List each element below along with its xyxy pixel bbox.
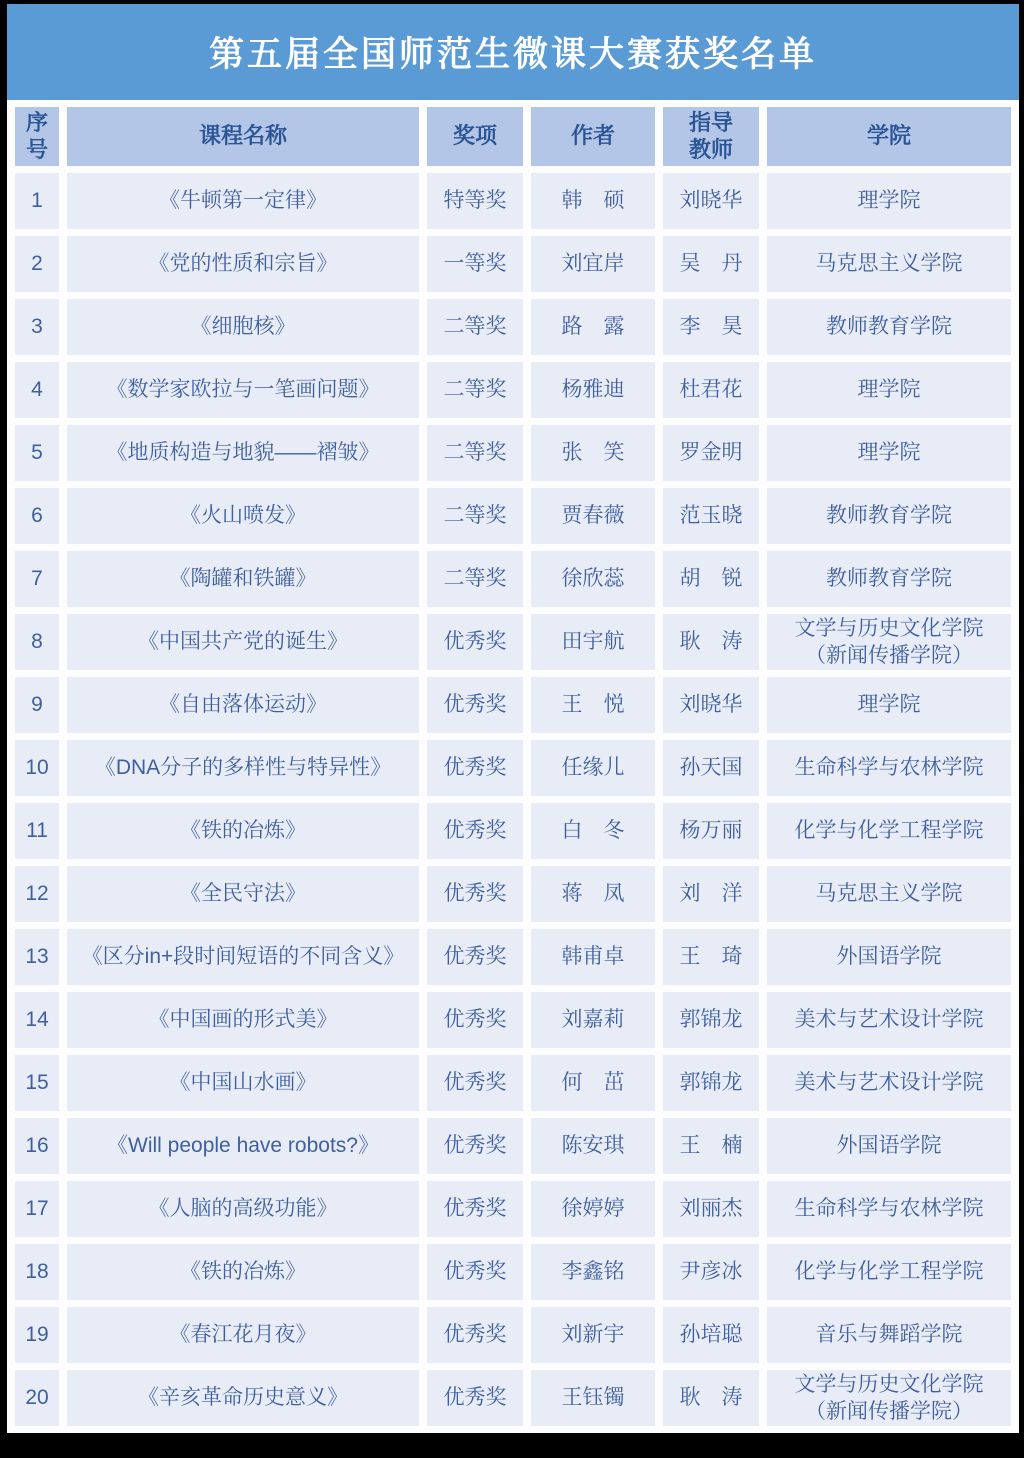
college-cell: 外国语学院 [767, 929, 1011, 985]
author-cell: 杨雅迪 [531, 362, 655, 418]
table-row: 4 《数学家欧拉与一笔画问题》 二等奖 杨雅迪 杜君花 理学院 [15, 362, 1011, 418]
college-cell: 音乐与舞蹈学院 [767, 1307, 1011, 1363]
college-cell: 外国语学院 [767, 1118, 1011, 1174]
col-header-college: 学院 [767, 107, 1011, 166]
author-cell: 蒋 凤 [531, 866, 655, 922]
advisor-cell: 李 昊 [663, 299, 759, 355]
row-number-cell: 11 [15, 803, 59, 859]
advisor-cell: 孙天国 [663, 740, 759, 796]
college-cell: 理学院 [767, 173, 1011, 229]
advisor-cell: 郭锦龙 [663, 992, 759, 1048]
course-name-cell: 《自由落体运动》 [67, 677, 419, 733]
table-row: 16 《Will people have robots?》 优秀奖 陈安琪 王 … [15, 1118, 1011, 1174]
author-cell: 韩甫卓 [531, 929, 655, 985]
table-row: 9 《自由落体运动》 优秀奖 王 悦 刘晓华 理学院 [15, 677, 1011, 733]
course-name-cell: 《牛顿第一定律》 [67, 173, 419, 229]
advisor-cell: 孙培聪 [663, 1307, 759, 1363]
award-cell: 优秀奖 [427, 740, 523, 796]
award-cell: 优秀奖 [427, 803, 523, 859]
table-row: 14 《中国画的形式美》 优秀奖 刘嘉莉 郭锦龙 美术与艺术设计学院 [15, 992, 1011, 1048]
row-number-cell: 17 [15, 1181, 59, 1237]
course-name-cell: 《火山喷发》 [67, 488, 419, 544]
row-number-cell: 2 [15, 236, 59, 292]
advisor-cell: 刘晓华 [663, 173, 759, 229]
table-row: 6 《火山喷发》 二等奖 贾春薇 范玉晓 教师教育学院 [15, 488, 1011, 544]
award-cell: 优秀奖 [427, 1055, 523, 1111]
col-header-award: 奖项 [427, 107, 523, 166]
author-cell: 田宇航 [531, 614, 655, 670]
row-number-cell: 6 [15, 488, 59, 544]
col-header-advisor: 指导 教师 [663, 107, 759, 166]
advisor-cell: 耿 涛 [663, 614, 759, 670]
college-cell: 文学与历史文化学院 （新闻传播学院） [767, 1370, 1011, 1426]
award-cell: 二等奖 [427, 488, 523, 544]
course-name-cell: 《中国共产党的诞生》 [67, 614, 419, 670]
course-name-cell: 《DNA分子的多样性与特异性》 [67, 740, 419, 796]
author-cell: 徐婷婷 [531, 1181, 655, 1237]
row-number-cell: 13 [15, 929, 59, 985]
row-number-cell: 7 [15, 551, 59, 607]
row-number-cell: 16 [15, 1118, 59, 1174]
college-cell: 化学与化学工程学院 [767, 1244, 1011, 1300]
table-row: 3 《细胞核》 二等奖 路 露 李 昊 教师教育学院 [15, 299, 1011, 355]
award-cell: 优秀奖 [427, 992, 523, 1048]
college-cell: 生命科学与农林学院 [767, 1181, 1011, 1237]
award-cell: 优秀奖 [427, 929, 523, 985]
table-body: 1 《牛顿第一定律》 特等奖 韩 硕 刘晓华 理学院 2 《党的性质和宗旨》 一… [15, 173, 1011, 1426]
table-row: 1 《牛顿第一定律》 特等奖 韩 硕 刘晓华 理学院 [15, 173, 1011, 229]
course-name-cell: 《党的性质和宗旨》 [67, 236, 419, 292]
course-name-cell: 《辛亥革命历史意义》 [67, 1370, 419, 1426]
award-cell: 二等奖 [427, 425, 523, 481]
author-cell: 刘新宇 [531, 1307, 655, 1363]
table-row: 2 《党的性质和宗旨》 一等奖 刘宜岸 吴 丹 马克思主义学院 [15, 236, 1011, 292]
award-cell: 优秀奖 [427, 1118, 523, 1174]
author-cell: 贾春薇 [531, 488, 655, 544]
award-cell: 优秀奖 [427, 1244, 523, 1300]
advisor-cell: 刘丽杰 [663, 1181, 759, 1237]
college-cell: 教师教育学院 [767, 551, 1011, 607]
award-cell: 优秀奖 [427, 677, 523, 733]
advisor-cell: 罗金明 [663, 425, 759, 481]
college-cell: 理学院 [767, 425, 1011, 481]
award-list-page: 第五届全国师范生微课大赛获奖名单 序 号 课程名称 奖项 作者 指导 教师 学院… [0, 0, 1024, 1458]
award-cell: 优秀奖 [427, 614, 523, 670]
author-cell: 陈安琪 [531, 1118, 655, 1174]
row-number-cell: 12 [15, 866, 59, 922]
author-cell: 何 茁 [531, 1055, 655, 1111]
advisor-cell: 杨万丽 [663, 803, 759, 859]
advisor-cell: 刘晓华 [663, 677, 759, 733]
table-row: 20 《辛亥革命历史意义》 优秀奖 王钰镯 耿 涛 文学与历史文化学院 （新闻传… [15, 1370, 1011, 1426]
author-cell: 刘嘉莉 [531, 992, 655, 1048]
course-name-cell: 《地质构造与地貌——褶皱》 [67, 425, 419, 481]
author-cell: 王钰镯 [531, 1370, 655, 1426]
table-row: 7 《陶罐和铁罐》 二等奖 徐欣蕊 胡 锐 教师教育学院 [15, 551, 1011, 607]
advisor-cell: 王 琦 [663, 929, 759, 985]
college-cell: 文学与历史文化学院 （新闻传播学院） [767, 614, 1011, 670]
row-number-cell: 3 [15, 299, 59, 355]
row-number-cell: 18 [15, 1244, 59, 1300]
row-number-cell: 20 [15, 1370, 59, 1426]
row-number-cell: 15 [15, 1055, 59, 1111]
course-name-cell: 《细胞核》 [67, 299, 419, 355]
advisor-cell: 尹彦冰 [663, 1244, 759, 1300]
award-cell: 二等奖 [427, 362, 523, 418]
award-cell: 二等奖 [427, 299, 523, 355]
college-cell: 美术与艺术设计学院 [767, 992, 1011, 1048]
table-row: 5 《地质构造与地貌——褶皱》 二等奖 张 笑 罗金明 理学院 [15, 425, 1011, 481]
col-header-author: 作者 [531, 107, 655, 166]
advisor-cell: 胡 锐 [663, 551, 759, 607]
row-number-cell: 14 [15, 992, 59, 1048]
table-row: 10 《DNA分子的多样性与特异性》 优秀奖 任缘儿 孙天国 生命科学与农林学院 [15, 740, 1011, 796]
award-cell: 优秀奖 [427, 866, 523, 922]
course-name-cell: 《铁的冶炼》 [67, 1244, 419, 1300]
course-name-cell: 《春江花月夜》 [67, 1307, 419, 1363]
row-number-cell: 10 [15, 740, 59, 796]
advisor-cell: 王 楠 [663, 1118, 759, 1174]
award-cell: 一等奖 [427, 236, 523, 292]
table-header-row: 序 号 课程名称 奖项 作者 指导 教师 学院 [15, 107, 1011, 166]
author-cell: 刘宜岸 [531, 236, 655, 292]
award-cell: 优秀奖 [427, 1307, 523, 1363]
col-header-number: 序 号 [15, 107, 59, 166]
author-cell: 白 冬 [531, 803, 655, 859]
course-name-cell: 《中国画的形式美》 [67, 992, 419, 1048]
college-cell: 理学院 [767, 362, 1011, 418]
award-cell: 二等奖 [427, 551, 523, 607]
author-cell: 张 笑 [531, 425, 655, 481]
college-cell: 理学院 [767, 677, 1011, 733]
row-number-cell: 8 [15, 614, 59, 670]
course-name-cell: 《全民守法》 [67, 866, 419, 922]
awards-table: 序 号 课程名称 奖项 作者 指导 教师 学院 1 《牛顿第一定律》 特等奖 韩… [7, 100, 1019, 1433]
row-number-cell: 1 [15, 173, 59, 229]
course-name-cell: 《中国山水画》 [67, 1055, 419, 1111]
row-number-cell: 4 [15, 362, 59, 418]
table-row: 11 《铁的冶炼》 优秀奖 白 冬 杨万丽 化学与化学工程学院 [15, 803, 1011, 859]
college-cell: 美术与艺术设计学院 [767, 1055, 1011, 1111]
award-cell: 优秀奖 [427, 1370, 523, 1426]
author-cell: 韩 硕 [531, 173, 655, 229]
course-name-cell: 《铁的冶炼》 [67, 803, 419, 859]
award-cell: 优秀奖 [427, 1181, 523, 1237]
author-cell: 李鑫铭 [531, 1244, 655, 1300]
table-row: 15 《中国山水画》 优秀奖 何 茁 郭锦龙 美术与艺术设计学院 [15, 1055, 1011, 1111]
row-number-cell: 9 [15, 677, 59, 733]
college-cell: 教师教育学院 [767, 488, 1011, 544]
college-cell: 教师教育学院 [767, 299, 1011, 355]
course-name-cell: 《数学家欧拉与一笔画问题》 [67, 362, 419, 418]
col-header-course: 课程名称 [67, 107, 419, 166]
author-cell: 路 露 [531, 299, 655, 355]
college-cell: 马克思主义学院 [767, 236, 1011, 292]
advisor-cell: 耿 涛 [663, 1370, 759, 1426]
advisor-cell: 杜君花 [663, 362, 759, 418]
college-cell: 化学与化学工程学院 [767, 803, 1011, 859]
table-row: 13 《区分in+段时间短语的不同含义》 优秀奖 韩甫卓 王 琦 外国语学院 [15, 929, 1011, 985]
page-title: 第五届全国师范生微课大赛获奖名单 [7, 4, 1019, 100]
author-cell: 徐欣蕊 [531, 551, 655, 607]
course-name-cell: 《人脑的高级功能》 [67, 1181, 419, 1237]
advisor-cell: 郭锦龙 [663, 1055, 759, 1111]
course-name-cell: 《Will people have robots?》 [67, 1118, 419, 1174]
college-cell: 马克思主义学院 [767, 866, 1011, 922]
course-name-cell: 《区分in+段时间短语的不同含义》 [67, 929, 419, 985]
advisor-cell: 范玉晓 [663, 488, 759, 544]
advisor-cell: 刘 洋 [663, 866, 759, 922]
table-row: 19 《春江花月夜》 优秀奖 刘新宇 孙培聪 音乐与舞蹈学院 [15, 1307, 1011, 1363]
course-name-cell: 《陶罐和铁罐》 [67, 551, 419, 607]
table-row: 12 《全民守法》 优秀奖 蒋 凤 刘 洋 马克思主义学院 [15, 866, 1011, 922]
author-cell: 王 悦 [531, 677, 655, 733]
table-row: 18 《铁的冶炼》 优秀奖 李鑫铭 尹彦冰 化学与化学工程学院 [15, 1244, 1011, 1300]
advisor-cell: 吴 丹 [663, 236, 759, 292]
author-cell: 任缘儿 [531, 740, 655, 796]
college-cell: 生命科学与农林学院 [767, 740, 1011, 796]
table-row: 17 《人脑的高级功能》 优秀奖 徐婷婷 刘丽杰 生命科学与农林学院 [15, 1181, 1011, 1237]
award-cell: 特等奖 [427, 173, 523, 229]
row-number-cell: 5 [15, 425, 59, 481]
table-row: 8 《中国共产党的诞生》 优秀奖 田宇航 耿 涛 文学与历史文化学院 （新闻传播… [15, 614, 1011, 670]
row-number-cell: 19 [15, 1307, 59, 1363]
